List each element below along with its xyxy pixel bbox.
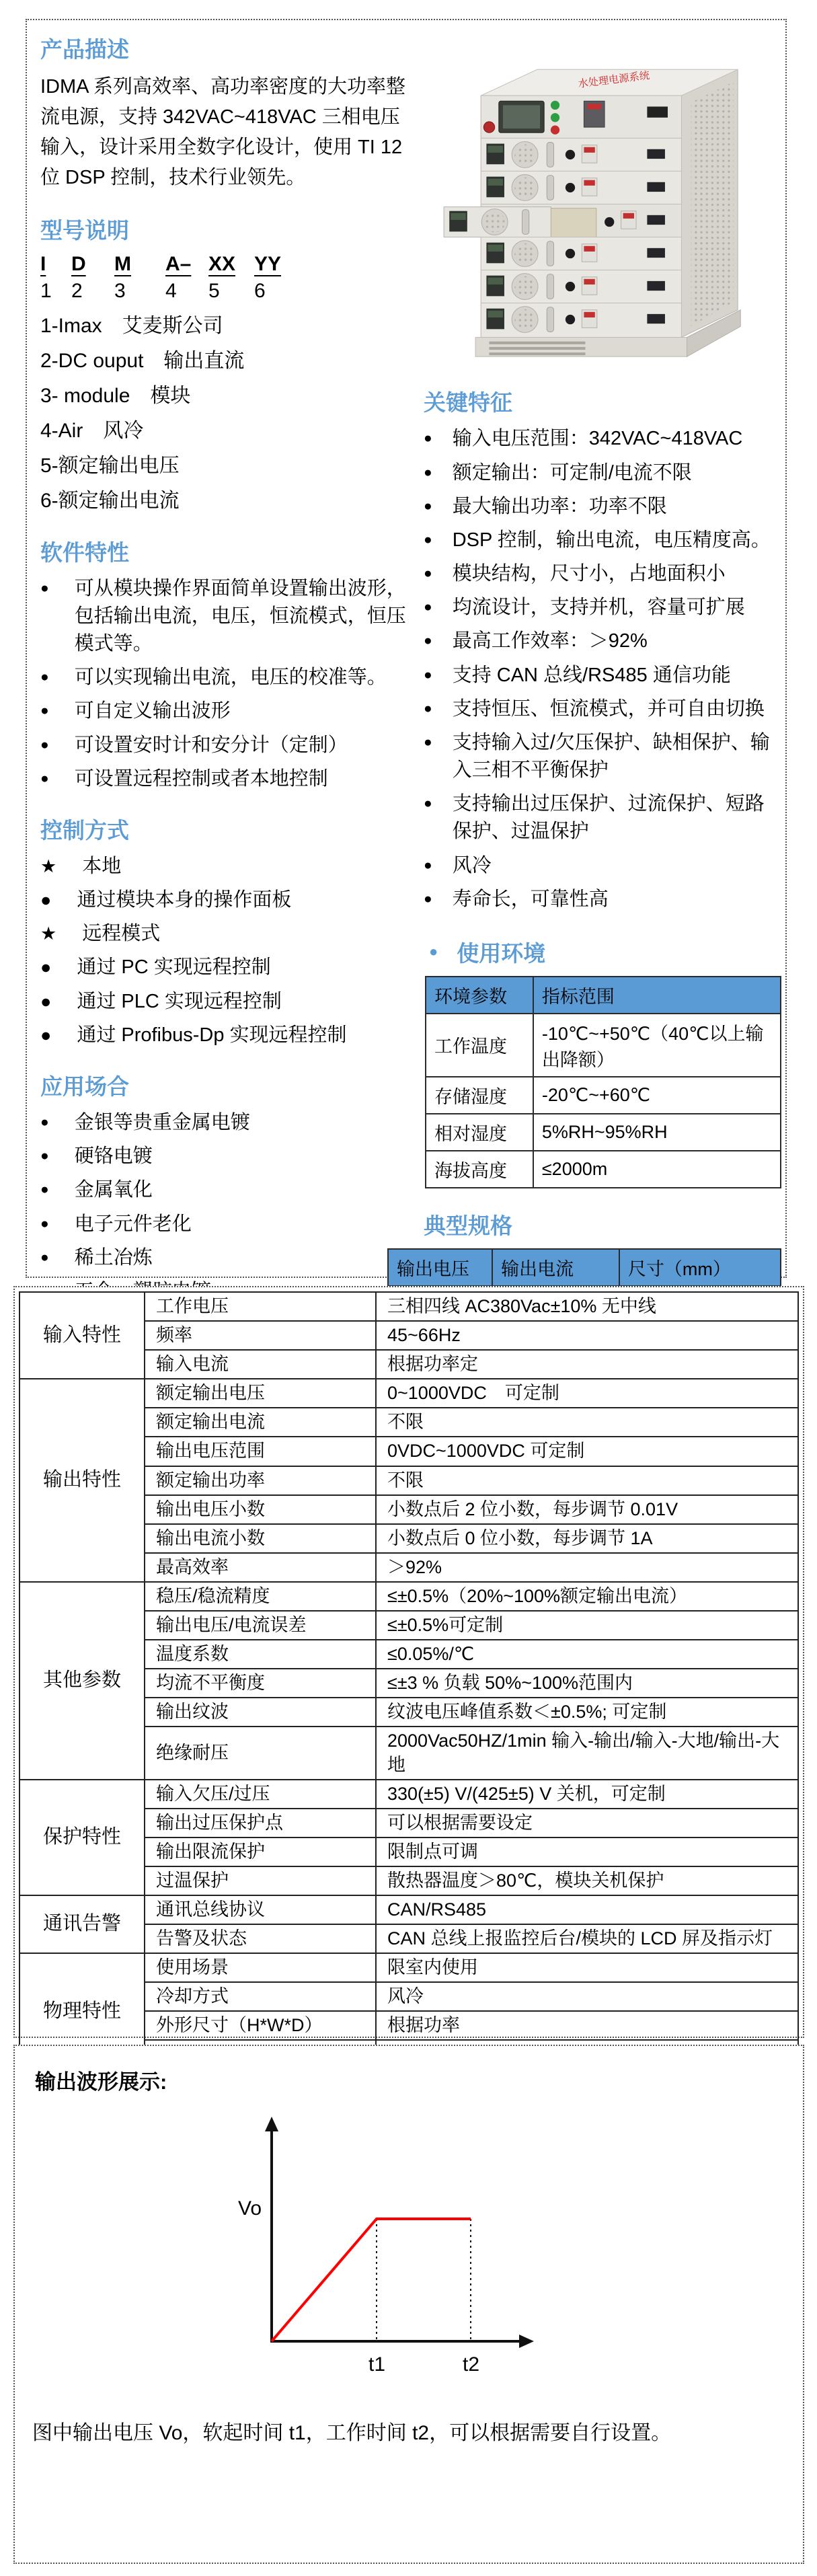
table-row: 海拔高度≤2000m [426,1151,781,1188]
list-item: ●支持输入过/欠压保护、缺相保护、输入三相不平衡保护 [424,729,781,784]
left-column: 产品描述 IDMA 系列高效率、高功率密度的大功率整流电源，支持 342VAC~… [27,20,416,1277]
list-item-text: 可设置安时计和安分计（定制） [75,732,348,759]
list-item: ●可设置远程控制或者本地控制 [40,765,406,793]
list-item: ●风冷 [424,852,781,880]
list-item-text: 支持 CAN 总线/RS485 通信功能 [453,662,731,689]
category-cell: 输入特性 [20,1292,145,1379]
list-item-text: 最高工作效率：＞92% [453,628,648,655]
param-cell: 输入欠压/过压 [145,1780,376,1809]
bullet-icon: ● [40,1143,49,1170]
product-description-body: IDMA 系列高效率、高功率密度的大功率整流电源，支持 342VAC~418VA… [40,72,406,193]
document-page: 产品描述 IDMA 系列高效率、高功率密度的大功率整流电源，支持 342VAC~… [0,0,817,2576]
control-modes-list: ★本地●通过模块本身的操作面板★远程模式●通过 PC 实现远程控制●通过 PLC… [40,853,406,1049]
list-item-text: 远程模式 [82,920,160,948]
model-code-number: 6 [254,280,295,303]
model-code-number: 2 [71,280,114,303]
param-cell: 输出电流小数 [145,1524,376,1553]
value-cell: 不限 [376,1466,798,1495]
list-item: ●额定输出：可定制/电流不限 [424,459,781,487]
table-row: 物理特性使用场景限室内使用 [20,1953,798,1982]
environment-table: 环境参数 指标范围 工作温度-10℃~+50℃（40℃以上输出降额）存储湿度-2… [425,976,781,1188]
value-cell: ≤2000m [533,1151,781,1188]
main-spec-section: 输入特性工作电压三相四线 AC380Vac±10% 无中线 频率45~66Hz … [13,1286,804,2038]
list-item-text: 支持输出过压保护、过流保护、短路保护、过温保护 [453,790,781,845]
list-item: ●稀土冶炼 [40,1244,406,1272]
param-cell: 外形尺寸（H*W*D） [145,2011,376,2040]
t1-tick-label: t1 [368,2353,385,2376]
star-or-bullet-icon: ● [40,886,51,914]
column-header: 输出电流 [492,1249,619,1286]
waveform-section: 输出波形展示: Vo t1 t2 图中输出电压 Vo，软起时间 t1，工作时间 [13,2045,804,2564]
param-cell: 相对湿度 [426,1114,533,1151]
value-cell: 散热器温度＞80℃，模块关机保护 [376,1866,798,1895]
overview-section: 产品描述 IDMA 系列高效率、高功率密度的大功率整流电源，支持 342VAC~… [26,19,787,1278]
value-cell: ≤±0.5%可定制 [376,1611,798,1640]
value-cell: 0~1000VDC 可定制 [376,1379,798,1408]
param-cell: 输出电压小数 [145,1495,376,1524]
bullet-icon: ● [424,852,432,880]
list-item-text: 硬铬电镀 [75,1143,153,1170]
star-or-bullet-icon: ★ [40,853,56,880]
list-item-text: 本地 [82,853,121,880]
waveform-caption: 图中输出电压 Vo，软起时间 t1，工作时间 t2，可以根据需要自行设置。 [32,2416,789,2446]
model-legend-item: 5-额定输出电压 [40,452,406,480]
bullet-icon: ● [40,732,49,759]
list-item-text: 通过 Profibus-Dp 实现远程控制 [77,1022,346,1049]
list-item-text: 电子元件老化 [75,1211,192,1238]
table-row: 工作温度-10℃~+50℃（40℃以上输出降额） [426,1014,781,1077]
power-cabinet-illustration: 水处理电源系统 [441,27,764,362]
value-cell: 限制点可调 [376,1838,798,1866]
list-item: ●DSP 控制，输出电流，电压精度高。 [424,527,781,554]
waveform-heading: 输出波形展示: [35,2065,789,2095]
list-item-text: 可设置远程控制或者本地控制 [75,765,328,793]
product-photo: 水处理电源系统 [441,27,764,365]
green-button [551,113,559,122]
bullet-icon: ● [424,695,432,723]
value-cell: 2000Vac50HZ/1min 输入-输出/输入-大地/输出-大地 [376,1727,798,1779]
param-cell: 输出电压/电流误差 [145,1611,376,1640]
category-cell: 保护特性 [20,1780,145,1895]
model-legend-item: 4-Air 风冷 [40,417,406,445]
key-features-list: ●输入电压范围：342VAC~418VAC●额定输出：可定制/电流不限●最大输出… [424,425,781,913]
table-row: 输入特性工作电压三相四线 AC380Vac±10% 无中线 [20,1292,798,1321]
value-cell: 45~66Hz [376,1321,798,1350]
param-cell: 输出纹波 [145,1698,376,1727]
typical-specs-heading: 典型规格 [424,1209,781,1240]
bullet-icon: ● [424,594,432,621]
list-item-text: 额定输出：可定制/电流不限 [453,459,692,487]
param-cell: 过温保护 [145,1866,376,1895]
value-cell: 可以根据需要设定 [376,1809,798,1838]
value-cell: CAN/RS485 [376,1895,798,1924]
table-row: 其他参数稳压/稳流精度≤±0.5%（20%~100%额定输出电流） [20,1582,798,1611]
value-cell: 小数点后 2 位小数，每步调节 0.01V [376,1495,798,1524]
red-button [551,126,559,135]
table-row: 相对湿度5%RH~95%RH [426,1114,781,1151]
value-cell: 限室内使用 [376,1953,798,1982]
control-modes-heading: 控制方式 [40,813,406,845]
list-item: ●可从模块操作界面简单设置输出波形，包括输出电流，电压，恒流模式，恒压模式等。 [40,575,406,658]
list-item-text: 金属氧化 [75,1176,153,1204]
model-code-number: 4 [165,280,208,303]
list-item: ●最高工作效率：＞92% [424,628,781,655]
list-item-text: 通过 PLC 实现远程控制 [77,988,282,1016]
list-item: ●可以实现输出电流，电压的校准等。 [40,664,406,691]
list-item: ●金属氧化 [40,1176,406,1204]
bullet-icon: ● [424,662,432,689]
list-item: ●可自定义输出波形 [40,697,406,725]
param-cell: 最高效率 [145,1553,376,1582]
list-item-text: 通过模块本身的操作面板 [77,886,291,914]
list-item: ●均流设计，支持并机，容量可扩展 [424,594,781,621]
param-cell: 存储湿度 [426,1077,533,1114]
column-header: 尺寸（mm） [619,1249,781,1286]
bullet-icon: ● [40,1109,49,1137]
bullet-icon: ● [429,943,438,960]
y-axis-arrow [265,2117,278,2131]
list-item: ●通过 PC 实现远程控制 [40,954,406,981]
list-item-text: 稀土冶炼 [75,1244,153,1272]
table-row: 通讯告警通讯总线协议CAN/RS485 [20,1895,798,1924]
list-item: ●寿命长，可靠性高 [424,886,781,913]
environment-heading-text: 使用环境 [457,936,545,968]
value-cell: 5%RH~95%RH [533,1114,781,1151]
value-cell: 风冷 [376,1982,798,2011]
list-item: ●支持恒压、恒流模式，并可自由切换 [424,695,781,723]
product-description-heading: 产品描述 [40,32,406,64]
list-item: ●最大输出功率：功率不限 [424,493,781,521]
bullet-icon: ● [40,697,49,725]
list-item-text: 输入电压范围：342VAC~418VAC [453,425,743,453]
param-cell: 均流不平衡度 [145,1669,376,1698]
star-or-bullet-icon: ● [40,1022,51,1049]
model-code-part: M [114,253,165,276]
bullet-icon: ● [424,527,432,554]
list-item-text: 金银等贵重金属电镀 [75,1109,250,1137]
bullet-icon: ● [424,459,432,487]
model-code-part: XX [208,253,254,276]
list-item-text: 支持输入过/欠压保护、缺相保护、输入三相不平衡保护 [453,729,781,784]
param-cell: 通讯总线协议 [145,1895,376,1924]
list-item-text: 可以实现输出电流，电压的校准等。 [75,664,387,691]
param-cell: 频率 [145,1321,376,1350]
green-button [551,101,559,110]
module-rows [444,138,681,337]
bullet-icon: ● [40,765,49,793]
model-legend-item: 2-DC ouput 输出直流 [40,347,406,375]
model-legend-item: 6-额定输出电流 [40,487,406,515]
list-item: ●硬铬电镀 [40,1143,406,1170]
star-or-bullet-icon: ● [40,988,51,1016]
bullet-icon: ● [40,1211,49,1238]
param-cell: 稳压/稳流精度 [145,1582,376,1611]
model-code-number: 5 [208,280,254,303]
waveform-chart: Vo t1 t2 [230,2113,789,2385]
param-cell: 绝缘耐压 [145,1727,376,1779]
value-cell: 纹波电压峰值系数＜±0.5%; 可定制 [376,1698,798,1727]
value-cell: ＞92% [376,1553,798,1582]
param-cell: 额定输出电流 [145,1408,376,1437]
param-cell: 额定输出功率 [145,1466,376,1495]
model-legend-item: 3- module 模块 [40,382,406,410]
list-item-text: 风冷 [453,852,492,880]
vo-curve [272,2219,471,2341]
bullet-icon: ● [424,886,432,913]
model-code-part: YY [254,253,295,276]
list-item: ★本地 [40,853,406,880]
list-item: ●通过 Profibus-Dp 实现远程控制 [40,1022,406,1049]
param-cell: 额定输出电压 [145,1379,376,1408]
pulled-out-module [444,204,681,237]
param-cell: 输出过压保护点 [145,1809,376,1838]
list-item-text: 可从模块操作界面简单设置输出波形，包括输出电流，电压，恒流模式，恒压模式等。 [75,575,406,658]
value-cell: 0VDC~1000VDC 可定制 [376,1437,798,1466]
value-cell: -10℃~+50℃（40℃以上输出降额） [533,1014,781,1077]
list-item: ★远程模式 [40,920,406,948]
value-cell: 不限 [376,1408,798,1437]
table-row: 输出特性额定输出电压0~1000VDC 可定制 [20,1379,798,1408]
value-cell: 330(±5) V/(425±5) V 关机，可定制 [376,1780,798,1809]
emergency-knob [483,122,494,132]
param-cell: 温度系数 [145,1640,376,1669]
value-cell: 三相四线 AC380Vac±10% 无中线 [376,1292,798,1321]
list-item-text: 通过 PC 实现远程控制 [77,954,270,981]
value-cell: 根据功率定 [376,1350,798,1379]
model-legend-list: 1-Imax 艾麦斯公司2-DC ouput 输出直流3- module 模块4… [40,312,406,515]
waveform-svg: Vo t1 t2 [230,2113,546,2382]
list-item: ●支持 CAN 总线/RS485 通信功能 [424,662,781,689]
param-cell: 告警及状态 [145,1924,376,1953]
column-header: 输出电压 [388,1249,492,1286]
list-item: ●可设置安时计和安分计（定制） [40,732,406,759]
list-item: ●模块结构，尺寸小，占地面积小 [424,560,781,588]
list-item-text: 寿命长，可靠性高 [453,886,609,913]
param-cell: 输出限流保护 [145,1838,376,1866]
column-header: 环境参数 [426,977,533,1014]
param-cell: 使用场景 [145,1953,376,1982]
table-row: 存储湿度-20℃~+60℃ [426,1077,781,1114]
value-cell: ≤±3 % 负载 50%~100%范围内 [376,1669,798,1698]
x-axis-arrow [519,2335,534,2348]
param-cell: 工作温度 [426,1014,533,1077]
model-description-heading: 型号说明 [40,213,406,245]
y-axis-label: Vo [238,2197,262,2220]
model-code-part: A– [165,253,208,276]
param-cell: 冷却方式 [145,1982,376,2011]
param-cell: 输入电流 [145,1350,376,1379]
list-item-text: 支持恒压、恒流模式，并可自由切换 [453,695,765,723]
bullet-icon: ● [424,790,432,845]
table-row: 保护特性输入欠压/过压330(±5) V/(425±5) V 关机，可定制 [20,1780,798,1809]
category-cell: 其他参数 [20,1582,145,1780]
param-cell: 工作电压 [145,1292,376,1321]
list-item: ●支持输出过压保护、过流保护、短路保护、过温保护 [424,790,781,845]
right-column: 水处理电源系统 [416,20,785,1277]
value-cell: 小数点后 0 位小数，每步调节 1A [376,1524,798,1553]
list-item: ●通过模块本身的操作面板 [40,886,406,914]
t2-tick-label: t2 [463,2353,479,2376]
bullet-icon: ● [40,664,49,691]
bullet-icon: ● [424,628,432,655]
bullet-icon: ● [424,425,432,453]
value-cell: ≤±0.5%（20%~100%额定输出电流） [376,1582,798,1611]
bullet-icon: ● [424,560,432,588]
bullet-icon: ● [40,1176,49,1204]
bullet-icon: ● [40,575,49,658]
bullet-icon: ● [40,1244,49,1272]
value-cell: ≤0.05%/℃ [376,1640,798,1669]
list-item-text: 模块结构，尺寸小，占地面积小 [453,560,726,588]
environment-heading: ●使用环境 [429,936,781,968]
main-spec-table: 输入特性工作电压三相四线 AC380Vac±10% 无中线 频率45~66Hz … [19,1291,799,2070]
bullet-icon: ● [424,493,432,521]
star-or-bullet-icon: ● [40,954,51,981]
category-cell: 输出特性 [20,1379,145,1582]
list-item: ●通过 PLC 实现远程控制 [40,988,406,1016]
software-features-heading: 软件特性 [40,535,406,567]
model-legend-item: 1-Imax 艾麦斯公司 [40,312,406,340]
model-code-part: D [71,253,114,276]
model-code-number: 1 [40,280,71,303]
list-item: ●输入电压范围：342VAC~418VAC [424,425,781,453]
bullet-icon: ● [424,729,432,784]
param-cell: 输出电压范围 [145,1437,376,1466]
model-code-part: I [40,253,71,276]
column-header: 指标范围 [533,977,781,1014]
list-item-text: 可自定义输出波形 [75,697,231,725]
category-cell: 通讯告警 [20,1895,145,1953]
applications-heading: 应用场合 [40,1069,406,1101]
list-item-text: DSP 控制，输出电流，电压精度高。 [453,527,771,554]
star-or-bullet-icon: ★ [40,920,56,948]
value-cell: CAN 总线上报监控后台/模块的 LCD 屏及指示灯 [376,1924,798,1953]
list-item: ●电子元件老化 [40,1211,406,1238]
list-item-text: 最大输出功率：功率不限 [453,493,667,521]
model-code-row: IDMA–XXYY [40,253,406,276]
list-item: ●金银等贵重金属电镀 [40,1109,406,1137]
model-number-row: 123456 [40,280,406,303]
list-item-text: 均流设计，支持并机，容量可扩展 [453,594,745,621]
param-cell: 海拔高度 [426,1151,533,1188]
software-features-list: ●可从模块操作界面简单设置输出波形，包括输出电流，电压，恒流模式，恒压模式等。●… [40,575,406,793]
model-code-number: 3 [114,280,165,303]
key-features-heading: 关键特征 [424,385,781,417]
value-cell: -20℃~+60℃ [533,1077,781,1114]
value-cell: 根据功率 [376,2011,798,2040]
